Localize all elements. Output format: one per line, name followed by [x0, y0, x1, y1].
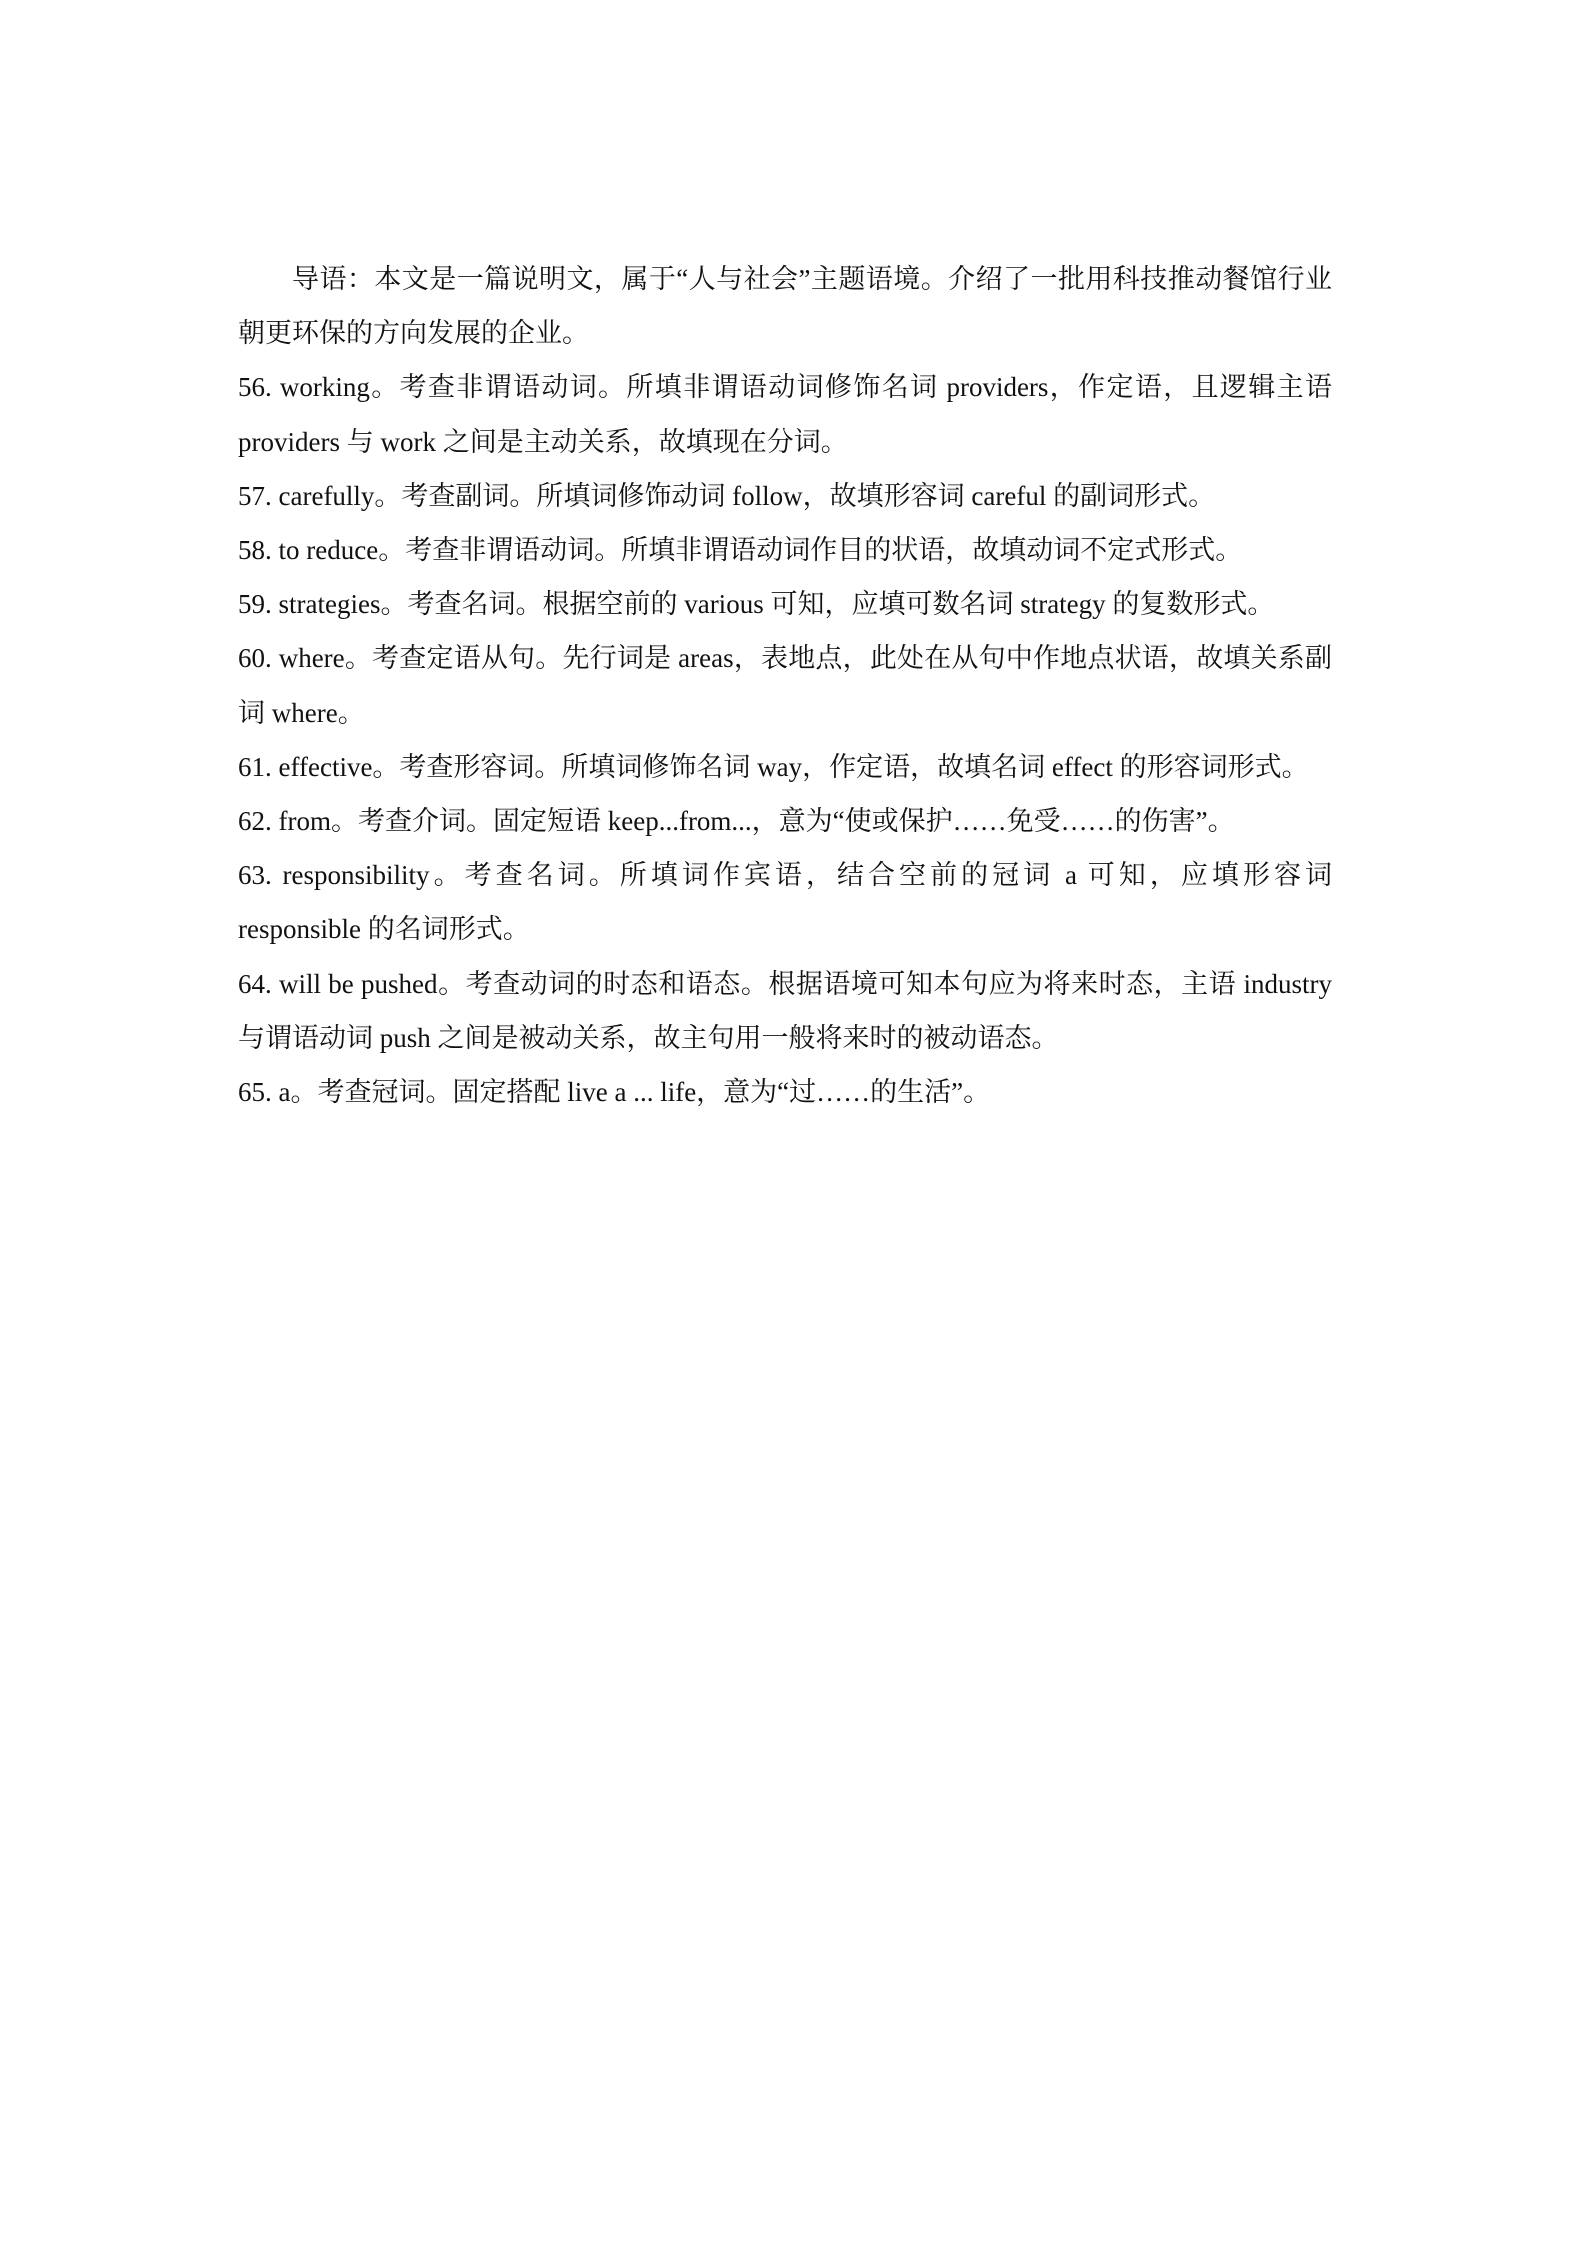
document-page: 导语：本文是一篇说明文，属于“人与社会”主题语境。介绍了一批用科技推动餐馆行业朝…	[0, 0, 1587, 2245]
answer-64: 64. will be pushed。考查动词的时态和语态。根据语境可知本句应为…	[238, 957, 1332, 1065]
answer-key-content: 导语：本文是一篇说明文，属于“人与社会”主题语境。介绍了一批用科技推动餐馆行业朝…	[238, 252, 1332, 1119]
answer-61: 61. effective。考查形容词。所填词修饰名词 way，作定语，故填名词…	[238, 740, 1332, 794]
answer-58: 58. to reduce。考查非谓语动词。所填非谓语动词作目的状语，故填动词不…	[238, 523, 1332, 577]
intro-paragraph: 导语：本文是一篇说明文，属于“人与社会”主题语境。介绍了一批用科技推动餐馆行业朝…	[238, 252, 1332, 360]
answer-60: 60. where。考查定语从句。先行词是 areas，表地点，此处在从句中作地…	[238, 631, 1332, 739]
answer-59: 59. strategies。考查名词。根据空前的 various 可知，应填可…	[238, 577, 1332, 631]
answer-57: 57. carefully。考查副词。所填词修饰动词 follow，故填形容词 …	[238, 469, 1332, 523]
answer-63: 63. responsibility。考查名词。所填词作宾语，结合空前的冠词 a…	[238, 848, 1332, 956]
answer-56: 56. working。考查非谓语动词。所填非谓语动词修饰名词 provider…	[238, 360, 1332, 468]
answer-65: 65. a。考查冠词。固定搭配 live a ... life，意为“过……的生…	[238, 1065, 1332, 1119]
answer-62: 62. from。考查介词。固定短语 keep...from...，意为“使或保…	[238, 794, 1332, 848]
